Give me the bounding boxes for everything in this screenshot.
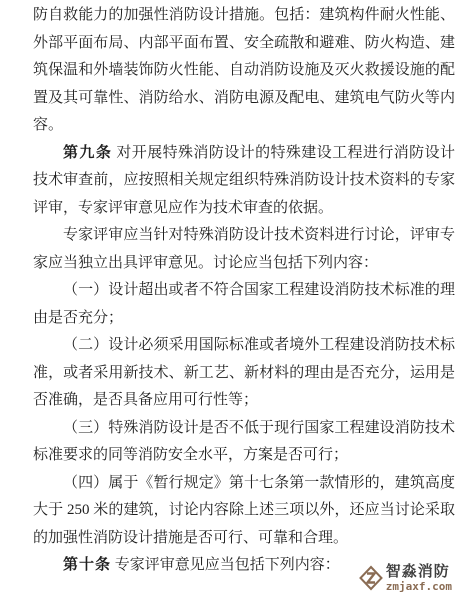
document-page: 防自救能力的加强性消防设计措施。包括：建筑构件耐火性能、外部平面布局、内部平面布… [0, 0, 472, 600]
paragraph: （二）设计必须采用国际标准或者境外工程建设消防技术标准，或者采用新技术、新工艺、… [33, 332, 455, 415]
watermark-url: zmjaxf.com [386, 581, 452, 592]
paragraph: （四）属于《暂行规定》第十七条第一款情形的，建筑高度大于 250 米的建筑，讨论… [33, 470, 455, 553]
watermark-brand: 智淼消防 [386, 564, 452, 579]
watermark-text: 智淼消防 zmjaxf.com [386, 564, 452, 592]
article-number: 第十条 [63, 557, 111, 573]
document-text: 防自救能力的加强性消防设计措施。包括：建筑构件耐火性能、外部平面布局、内部平面布… [33, 2, 455, 580]
paragraph: 专家评审应当针对特殊消防设计技术资料进行讨论，评审专家应当独立出具评审意见。讨论… [33, 222, 455, 277]
paragraph: 防自救能力的加强性消防设计措施。包括：建筑构件耐火性能、外部平面布局、内部平面布… [33, 2, 455, 140]
diamond-z-logo-icon [359, 565, 383, 591]
article-number: 第九条 [63, 145, 112, 161]
paragraph: （三）特殊消防设计是否不低于现行国家工程建设消防技术标准要求的同等消防安全水平，… [33, 415, 455, 470]
paragraph: 第九条 对开展特殊消防设计的特殊建设工程进行消防设计技术审查前，应按照相关规定组… [33, 140, 455, 223]
watermark: 智淼消防 zmjaxf.com [359, 564, 452, 592]
paragraph: （一）设计超出或者不符合国家工程建设消防技术标准的理由是否充分； [33, 277, 455, 332]
